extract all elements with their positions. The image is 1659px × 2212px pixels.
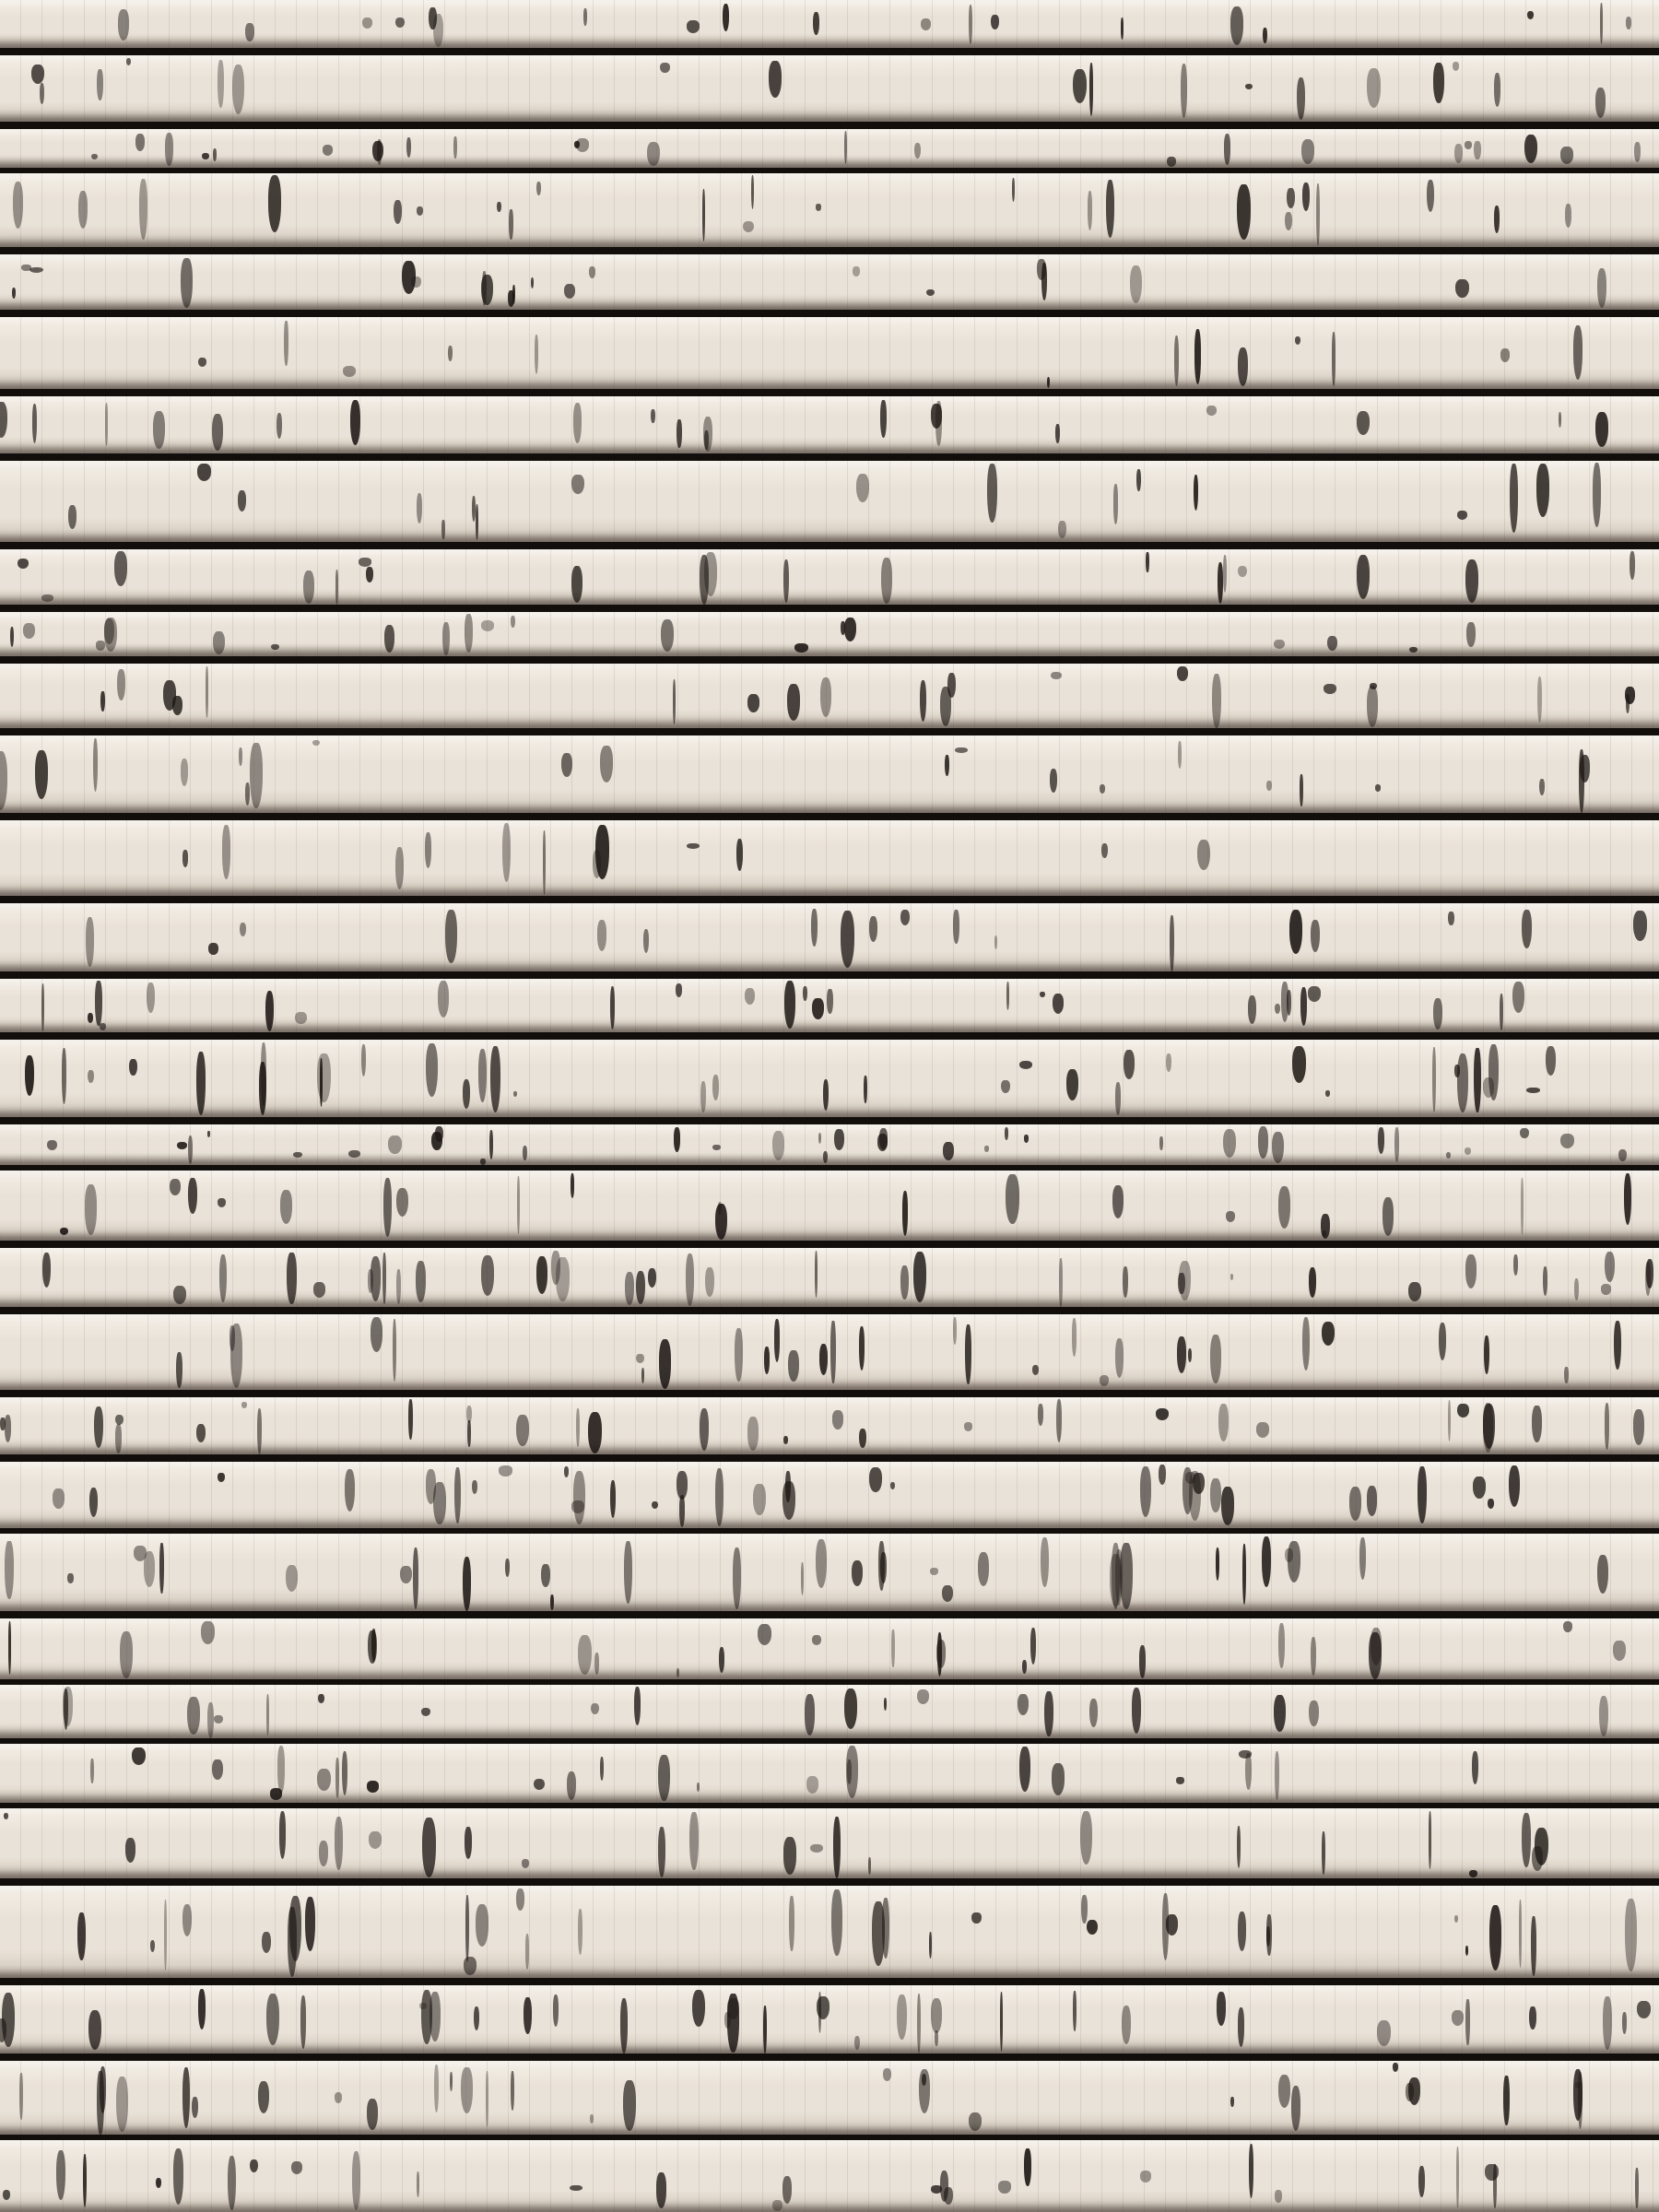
- paint-mark: [1177, 1336, 1186, 1373]
- paint-mark: [1087, 1920, 1098, 1935]
- paint-mark: [689, 1812, 699, 1871]
- paint-mark: [844, 618, 856, 641]
- scraped-marks: [0, 55, 1659, 122]
- paint-mark: [368, 1269, 373, 1293]
- paint-mark: [1455, 279, 1468, 299]
- paint-mark: [522, 1859, 529, 1868]
- paint-mark: [1006, 1174, 1018, 1224]
- paint-mark: [658, 1755, 669, 1801]
- paint-mark: [1489, 1905, 1501, 1971]
- paint-mark: [1210, 1335, 1221, 1383]
- paint-mark: [884, 1698, 887, 1711]
- paint-mark: [1503, 2076, 1509, 2125]
- paint-mark: [465, 614, 473, 653]
- paint-mark: [1634, 142, 1641, 162]
- paint-mark: [165, 133, 174, 166]
- paint-mark: [1122, 2006, 1131, 2044]
- paint-band: [0, 461, 1659, 542]
- paint-mark: [345, 1469, 355, 1512]
- paint-mark: [1115, 1338, 1124, 1378]
- paint-mark: [610, 986, 615, 1029]
- paint-mark: [213, 148, 217, 160]
- paint-mark: [229, 1325, 235, 1351]
- paint-mark: [705, 1267, 714, 1297]
- paint-band: [0, 1744, 1659, 1803]
- paint-band: [0, 2140, 1659, 2212]
- paint-mark: [1427, 180, 1434, 212]
- paint-mark: [969, 5, 972, 44]
- paint-mark: [1189, 1471, 1201, 1521]
- scraped-marks: [0, 979, 1659, 1032]
- paint-mark: [1522, 910, 1532, 948]
- paint-mark: [25, 1055, 34, 1096]
- paint-mark: [1041, 263, 1047, 300]
- paint-mark: [1603, 1996, 1612, 2051]
- paint-mark: [1439, 1323, 1446, 1360]
- paint-mark: [727, 1998, 739, 2019]
- paint-mark: [743, 221, 754, 233]
- paint-mark: [783, 1436, 788, 1444]
- paint-mark: [1210, 1478, 1220, 1512]
- scraped-marks: [0, 549, 1659, 605]
- paint-mark: [856, 474, 869, 502]
- paint-mark: [831, 1889, 841, 1957]
- paint-mark: [245, 782, 250, 806]
- paint-mark: [1605, 1252, 1615, 1282]
- paint-band: [0, 979, 1659, 1032]
- paint-mark: [712, 1145, 720, 1150]
- paint-mark: [1309, 1267, 1316, 1298]
- paint-mark: [0, 2018, 6, 2042]
- paint-mark: [1465, 1147, 1472, 1155]
- paint-mark: [576, 1408, 580, 1448]
- paint-mark: [931, 2185, 942, 2194]
- paint-mark: [342, 1751, 347, 1796]
- paint-mark: [0, 1418, 5, 1430]
- paint-mark: [68, 505, 76, 529]
- paint-mark: [864, 1076, 866, 1103]
- paint-mark: [994, 935, 997, 949]
- paint-mark: [232, 65, 244, 115]
- paint-mark: [536, 182, 541, 195]
- paint-mark: [118, 9, 129, 40]
- paint-mark: [1559, 412, 1561, 428]
- scraped-marks: [0, 903, 1659, 971]
- paint-mark: [897, 1994, 907, 2040]
- paint-mark: [1599, 1696, 1608, 1737]
- scraped-marks: [0, 1248, 1659, 1307]
- paint-mark: [474, 2006, 479, 2030]
- paint-mark: [571, 1173, 575, 1198]
- paint-mark: [1281, 982, 1289, 1022]
- paint-mark: [1055, 424, 1060, 443]
- paint-mark: [1226, 1211, 1235, 1222]
- paint-mark: [1089, 1699, 1098, 1727]
- paint-mark: [531, 277, 534, 288]
- paint-mark: [417, 493, 422, 523]
- paint-mark: [323, 145, 333, 156]
- paint-mark: [620, 1998, 628, 2053]
- paint-mark: [625, 1272, 634, 1305]
- paint-mark: [8, 1621, 12, 1675]
- scraped-marks: [0, 461, 1659, 542]
- paint-mark: [1605, 1403, 1610, 1451]
- paint-mark: [463, 1557, 471, 1611]
- paint-mark: [1230, 6, 1243, 45]
- paint-mark: [636, 1354, 644, 1363]
- paint-mark: [815, 1251, 818, 1298]
- paint-mark: [686, 1253, 694, 1305]
- paint-mark: [687, 20, 700, 33]
- paint-mark: [573, 1471, 585, 1524]
- paint-mark: [1178, 1273, 1184, 1294]
- paint-mark: [1176, 1777, 1183, 1783]
- paint-mark: [97, 2071, 103, 2135]
- paint-mark: [335, 570, 339, 605]
- scraped-marks: [0, 317, 1659, 389]
- paint-mark: [218, 1473, 225, 1482]
- paint-mark: [1263, 28, 1267, 43]
- paint-mark: [937, 1632, 942, 1677]
- paint-mark: [1408, 2077, 1420, 2106]
- paint-band: [0, 820, 1659, 896]
- paint-mark: [100, 2066, 106, 2113]
- paint-mark: [1520, 1128, 1528, 1138]
- paint-mark: [723, 4, 729, 31]
- paint-mark: [535, 335, 538, 374]
- paint-mark: [827, 989, 832, 1014]
- paint-mark: [1539, 779, 1545, 796]
- paint-mark: [1614, 1321, 1621, 1370]
- paint-mark: [1073, 1991, 1076, 2031]
- paint-band: [0, 396, 1659, 453]
- paint-mark: [784, 981, 795, 1028]
- paint-mark: [1453, 62, 1459, 71]
- paint-mark: [1637, 2001, 1651, 2018]
- paint-mark: [1565, 204, 1571, 227]
- paint-mark: [1177, 666, 1188, 681]
- paint-mark: [700, 555, 709, 605]
- paint-mark: [395, 18, 405, 28]
- paint-mark: [736, 839, 743, 871]
- paint-mark: [219, 1254, 227, 1303]
- paint-mark: [1483, 1403, 1493, 1452]
- paint-mark: [467, 1420, 470, 1446]
- paint-mark: [371, 1629, 376, 1662]
- paint-mark: [361, 1044, 366, 1077]
- paint-mark: [647, 142, 660, 166]
- paint-mark: [1194, 329, 1202, 385]
- paint-mark: [787, 684, 801, 722]
- paint-mark: [571, 475, 583, 495]
- paint-mark: [481, 1255, 494, 1296]
- paint-mark: [134, 1546, 147, 1561]
- paint-mark: [499, 1465, 512, 1476]
- paint-mark: [259, 1062, 266, 1115]
- paint-mark: [524, 1997, 532, 2033]
- paint-mark: [286, 1565, 299, 1592]
- paint-mark: [1597, 1555, 1608, 1594]
- paint-mark: [454, 1467, 461, 1524]
- paint-mark: [536, 1256, 548, 1294]
- paint-mark: [594, 1653, 600, 1674]
- paint-mark: [571, 1500, 584, 1512]
- paint-mark: [29, 267, 43, 274]
- paint-mark: [1332, 332, 1335, 386]
- paint-mark: [847, 1759, 853, 1784]
- paint-mark: [1058, 521, 1066, 538]
- scraped-marks: [0, 1462, 1659, 1528]
- paint-mark: [1446, 1152, 1451, 1159]
- paint-mark: [1465, 1999, 1469, 2045]
- paint-mark: [1456, 2147, 1459, 2209]
- paint-mark: [643, 929, 649, 953]
- scraped-marks: [0, 2140, 1659, 2212]
- paint-mark: [511, 616, 514, 628]
- scraped-marks: [0, 664, 1659, 728]
- paint-mark: [704, 430, 708, 450]
- paint-mark: [239, 747, 242, 765]
- paint-mark: [610, 1480, 616, 1519]
- paint-mark: [441, 520, 444, 539]
- paint-mark: [812, 1635, 821, 1645]
- paint-mark: [313, 1282, 325, 1298]
- paint-mark: [453, 136, 456, 159]
- paint-mark: [318, 1694, 324, 1703]
- paint-mark: [1393, 2063, 1398, 2071]
- paint-mark: [1245, 84, 1253, 89]
- paint-mark: [42, 1253, 51, 1288]
- paint-mark: [382, 1253, 386, 1303]
- scraped-marks: [0, 1685, 1659, 1738]
- paint-mark: [396, 1188, 408, 1217]
- paint-mark: [1223, 1129, 1236, 1158]
- paint-mark: [371, 1256, 382, 1301]
- paint-mark: [1457, 511, 1467, 520]
- paint-mark: [1110, 1554, 1122, 1606]
- paint-mark: [1484, 1335, 1489, 1375]
- paint-mark: [1256, 1422, 1269, 1438]
- paint-mark: [91, 154, 98, 160]
- paint-mark: [917, 1994, 921, 2053]
- paint-mark: [1238, 347, 1248, 386]
- paint-mark: [965, 1324, 971, 1385]
- paint-mark: [595, 825, 609, 879]
- paint-mark: [1080, 1811, 1092, 1865]
- paint-mark: [268, 175, 282, 232]
- paint-mark: [147, 982, 155, 1013]
- paint-mark: [86, 917, 94, 967]
- paint-mark: [984, 1146, 989, 1151]
- paint-mark: [758, 1624, 771, 1645]
- paint-mark: [817, 1996, 829, 2019]
- paint-mark: [1367, 68, 1381, 108]
- paint-mark: [1452, 2010, 1464, 2026]
- paint-mark: [448, 346, 453, 360]
- paint-mark: [1432, 1047, 1436, 1112]
- paint-mark: [1136, 469, 1141, 491]
- paint-mark: [0, 402, 7, 438]
- paint-mark: [578, 1909, 582, 1955]
- paint-mark: [208, 943, 218, 954]
- paint-mark: [202, 153, 209, 159]
- paint-mark: [201, 1621, 215, 1644]
- paint-mark: [163, 680, 176, 711]
- paint-mark: [188, 1178, 197, 1214]
- paint-mark: [772, 2200, 782, 2210]
- paint-mark: [931, 404, 943, 429]
- paint-mark: [362, 18, 372, 29]
- paint-mark: [156, 2178, 161, 2188]
- paint-band: [0, 1886, 1659, 1978]
- scraped-marks: [0, 1124, 1659, 1165]
- paint-mark: [1285, 212, 1292, 230]
- scraped-marks: [0, 1985, 1659, 2053]
- paint-mark: [700, 1081, 706, 1112]
- paint-mark: [1377, 2020, 1391, 2046]
- paint-mark: [1494, 73, 1501, 107]
- paint-mark: [1088, 191, 1093, 231]
- paint-mark: [196, 1052, 206, 1115]
- paint-mark: [408, 1399, 412, 1440]
- paint-mark: [1140, 1466, 1151, 1517]
- paint-mark: [1633, 911, 1647, 941]
- paint-mark: [280, 1190, 293, 1224]
- paint-mark: [1521, 1178, 1524, 1235]
- paint-mark: [1024, 2148, 1030, 2186]
- paint-mark: [170, 1179, 181, 1195]
- paint-mark: [1001, 1080, 1010, 1093]
- paint-mark: [1409, 647, 1418, 653]
- paint-mark: [1100, 1375, 1109, 1386]
- paint-mark: [1560, 147, 1573, 164]
- paint-mark: [206, 666, 209, 717]
- paint-band: [0, 1124, 1659, 1165]
- paint-mark: [704, 552, 717, 596]
- paint-mark: [674, 1127, 681, 1152]
- paint-mark: [1321, 1214, 1330, 1239]
- paint-mark: [435, 1126, 443, 1142]
- paint-mark: [803, 986, 807, 1001]
- paint-mark: [735, 1328, 743, 1381]
- paint-mark: [1300, 774, 1302, 806]
- paint-mark: [1301, 139, 1314, 164]
- paint-mark: [213, 631, 225, 654]
- paint-mark: [1113, 484, 1119, 524]
- paint-mark: [561, 753, 572, 778]
- paint-mark: [320, 1058, 324, 1107]
- paint-mark: [1218, 562, 1223, 604]
- paint-mark: [1038, 1404, 1043, 1426]
- paint-mark: [287, 1253, 296, 1304]
- paint-mark: [987, 464, 997, 523]
- paint-mark: [2, 1993, 15, 2048]
- paint-mark: [1457, 1053, 1468, 1112]
- paint-mark: [450, 2072, 453, 2091]
- paint-mark: [583, 8, 586, 26]
- paint-mark: [1564, 1367, 1569, 1383]
- paint-mark: [1575, 2082, 1582, 2088]
- paint-mark: [718, 1202, 722, 1215]
- paint-mark: [250, 2159, 258, 2173]
- paint-mark: [782, 2176, 792, 2204]
- paint-mark: [383, 1178, 392, 1237]
- paint-mark: [1052, 1763, 1065, 1795]
- paint-mark: [1448, 912, 1453, 925]
- paint-mark: [879, 1128, 888, 1149]
- paint-band: [0, 129, 1659, 168]
- paint-mark: [715, 1204, 727, 1241]
- paint-mark: [943, 1142, 955, 1160]
- paint-mark: [1454, 1915, 1458, 1923]
- paint-mark: [872, 1901, 885, 1965]
- paint-mark: [788, 1350, 798, 1382]
- paint-mark: [60, 1228, 68, 1236]
- paint-mark: [182, 1904, 192, 1937]
- paint-mark: [751, 175, 754, 209]
- paint-mark: [648, 1268, 656, 1288]
- paint-mark: [212, 414, 223, 451]
- paint-mark: [878, 1541, 885, 1591]
- scraped-marks: [0, 173, 1659, 247]
- paint-mark: [1560, 1134, 1574, 1148]
- paint-mark: [463, 1079, 470, 1109]
- paint-mark: [1593, 463, 1601, 527]
- paint-mark: [182, 850, 189, 867]
- paint-band: [0, 903, 1659, 971]
- paint-mark: [818, 1992, 821, 2033]
- paint-mark: [553, 1994, 559, 2027]
- paint-mark: [567, 1771, 576, 1800]
- paint-mark: [1469, 1870, 1478, 1878]
- paint-mark: [230, 1324, 242, 1388]
- paint-mark: [1578, 2072, 1583, 2129]
- scraped-marks: [0, 1808, 1659, 1878]
- paint-mark: [88, 1013, 93, 1023]
- paint-mark: [1625, 687, 1635, 704]
- paint-mark: [1448, 1400, 1451, 1441]
- paint-mark: [1418, 1466, 1427, 1524]
- paint-mark: [1457, 1404, 1469, 1418]
- paint-mark: [1156, 1408, 1169, 1420]
- paint-mark: [1311, 1637, 1316, 1676]
- paint-mark: [926, 289, 935, 296]
- paint-mark: [1100, 784, 1106, 794]
- paint-mark: [998, 2181, 1011, 2193]
- paint-mark: [805, 1694, 816, 1735]
- paint-mark: [1465, 1254, 1477, 1288]
- paint-mark: [1433, 998, 1442, 1030]
- paint-mark: [1295, 336, 1300, 346]
- paint-mark: [245, 23, 254, 41]
- paint-mark: [1216, 1547, 1219, 1581]
- paint-mark: [159, 1543, 163, 1594]
- paint-mark: [1022, 1660, 1027, 1674]
- paint-mark: [516, 1415, 529, 1446]
- paint-mark: [1266, 781, 1271, 791]
- paint-mark: [1465, 141, 1472, 149]
- paint-mark: [1112, 1185, 1124, 1218]
- paint-mark: [348, 1150, 360, 1158]
- paint-mark: [431, 1132, 442, 1150]
- paint-mark: [868, 1857, 871, 1874]
- paint-mark: [1278, 1623, 1285, 1667]
- paint-mark: [1488, 1499, 1494, 1509]
- paint-mark: [1019, 1061, 1032, 1069]
- paint-mark: [472, 496, 476, 522]
- paint-mark: [1266, 1914, 1271, 1955]
- paint-mark: [703, 417, 712, 452]
